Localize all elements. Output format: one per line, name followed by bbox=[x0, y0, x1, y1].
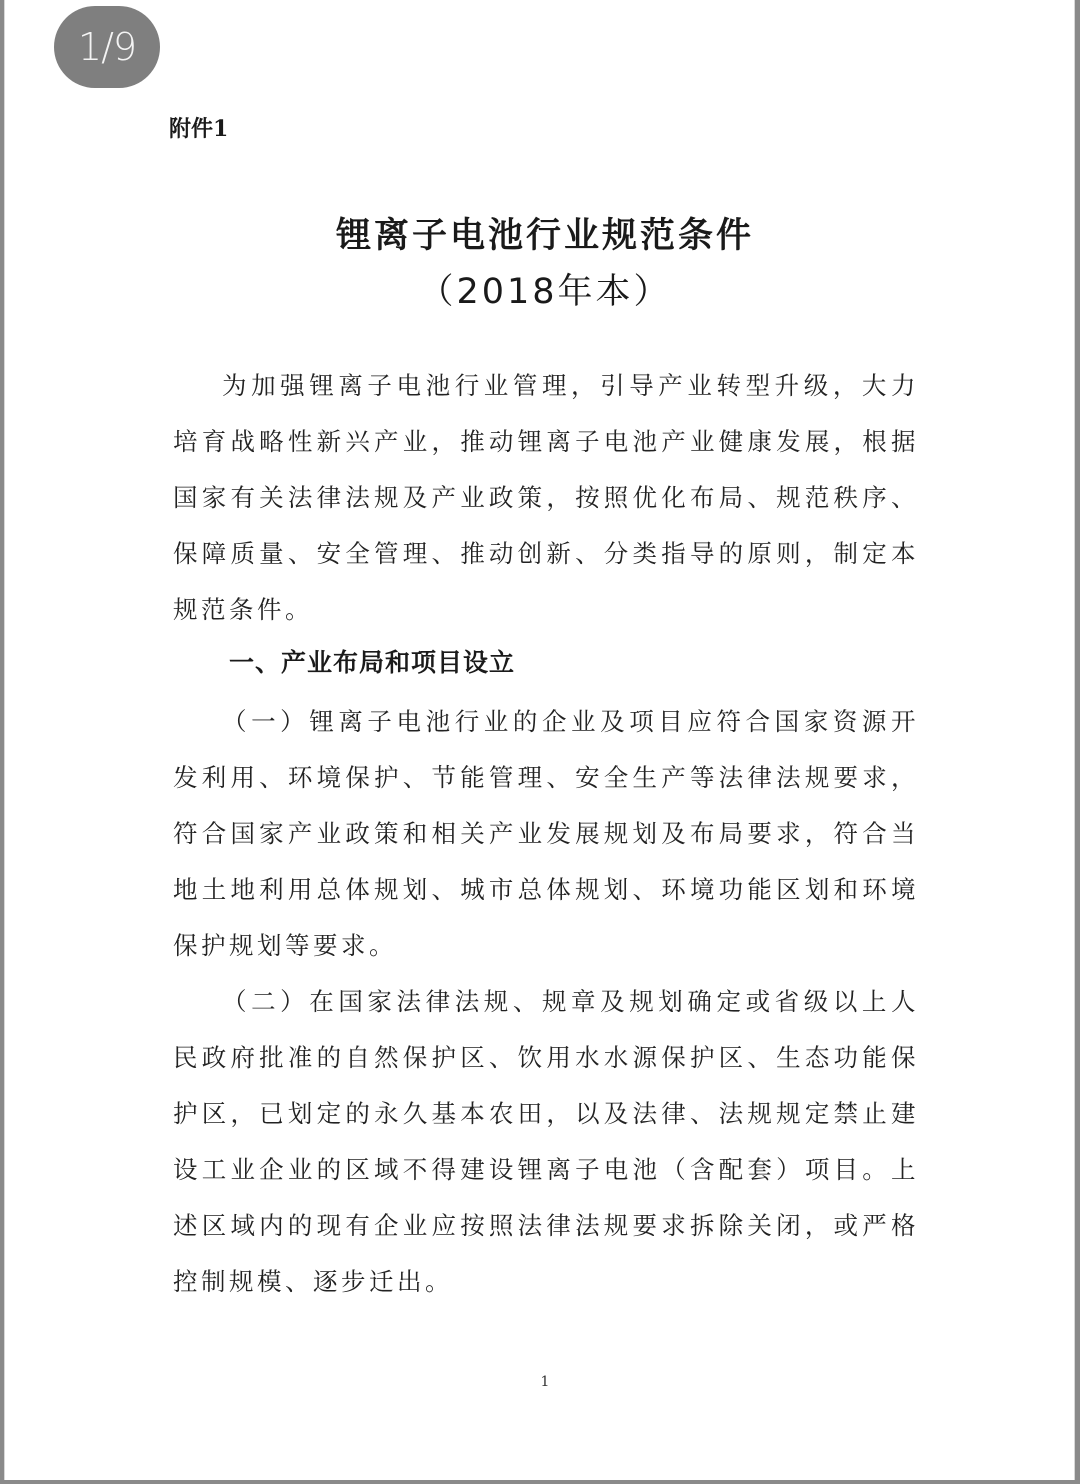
section-paragraph: （一）锂离子电池行业的企业及项目应符合国家资源开发利用、环境保护、节能管理、安全… bbox=[173, 694, 919, 974]
section-paragraph: （二）在国家法律法规、规章及规划确定或省级以上人民政府批准的自然保护区、饮用水水… bbox=[173, 974, 919, 1310]
attachment-label: 附件1 bbox=[169, 112, 228, 143]
intro-paragraph-block: 为加强锂离子电池行业管理，引导产业转型升级，大力培育战略性新兴产业，推动锂离子电… bbox=[173, 358, 919, 638]
section-paragraph-block: （二）在国家法律法规、规章及规划确定或省级以上人民政府批准的自然保护区、饮用水水… bbox=[173, 974, 919, 1310]
document-title: 锂离子电池行业规范条件 bbox=[5, 208, 1080, 258]
section-heading: 一、产业布局和项目设立 bbox=[229, 643, 515, 679]
document-page[interactable]: 附件1 锂离子电池行业规范条件 （2018年本） 为加强锂离子电池行业管理，引导… bbox=[4, 0, 1075, 1480]
document-subtitle: （2018年本） bbox=[5, 264, 1080, 314]
section-paragraph-block: （一）锂离子电池行业的企业及项目应符合国家资源开发利用、环境保护、节能管理、安全… bbox=[173, 694, 919, 974]
page-number: 1 bbox=[5, 1374, 1080, 1390]
page-indicator-badge: 1/9 bbox=[54, 6, 160, 88]
intro-paragraph: 为加强锂离子电池行业管理，引导产业转型升级，大力培育战略性新兴产业，推动锂离子电… bbox=[173, 358, 919, 638]
